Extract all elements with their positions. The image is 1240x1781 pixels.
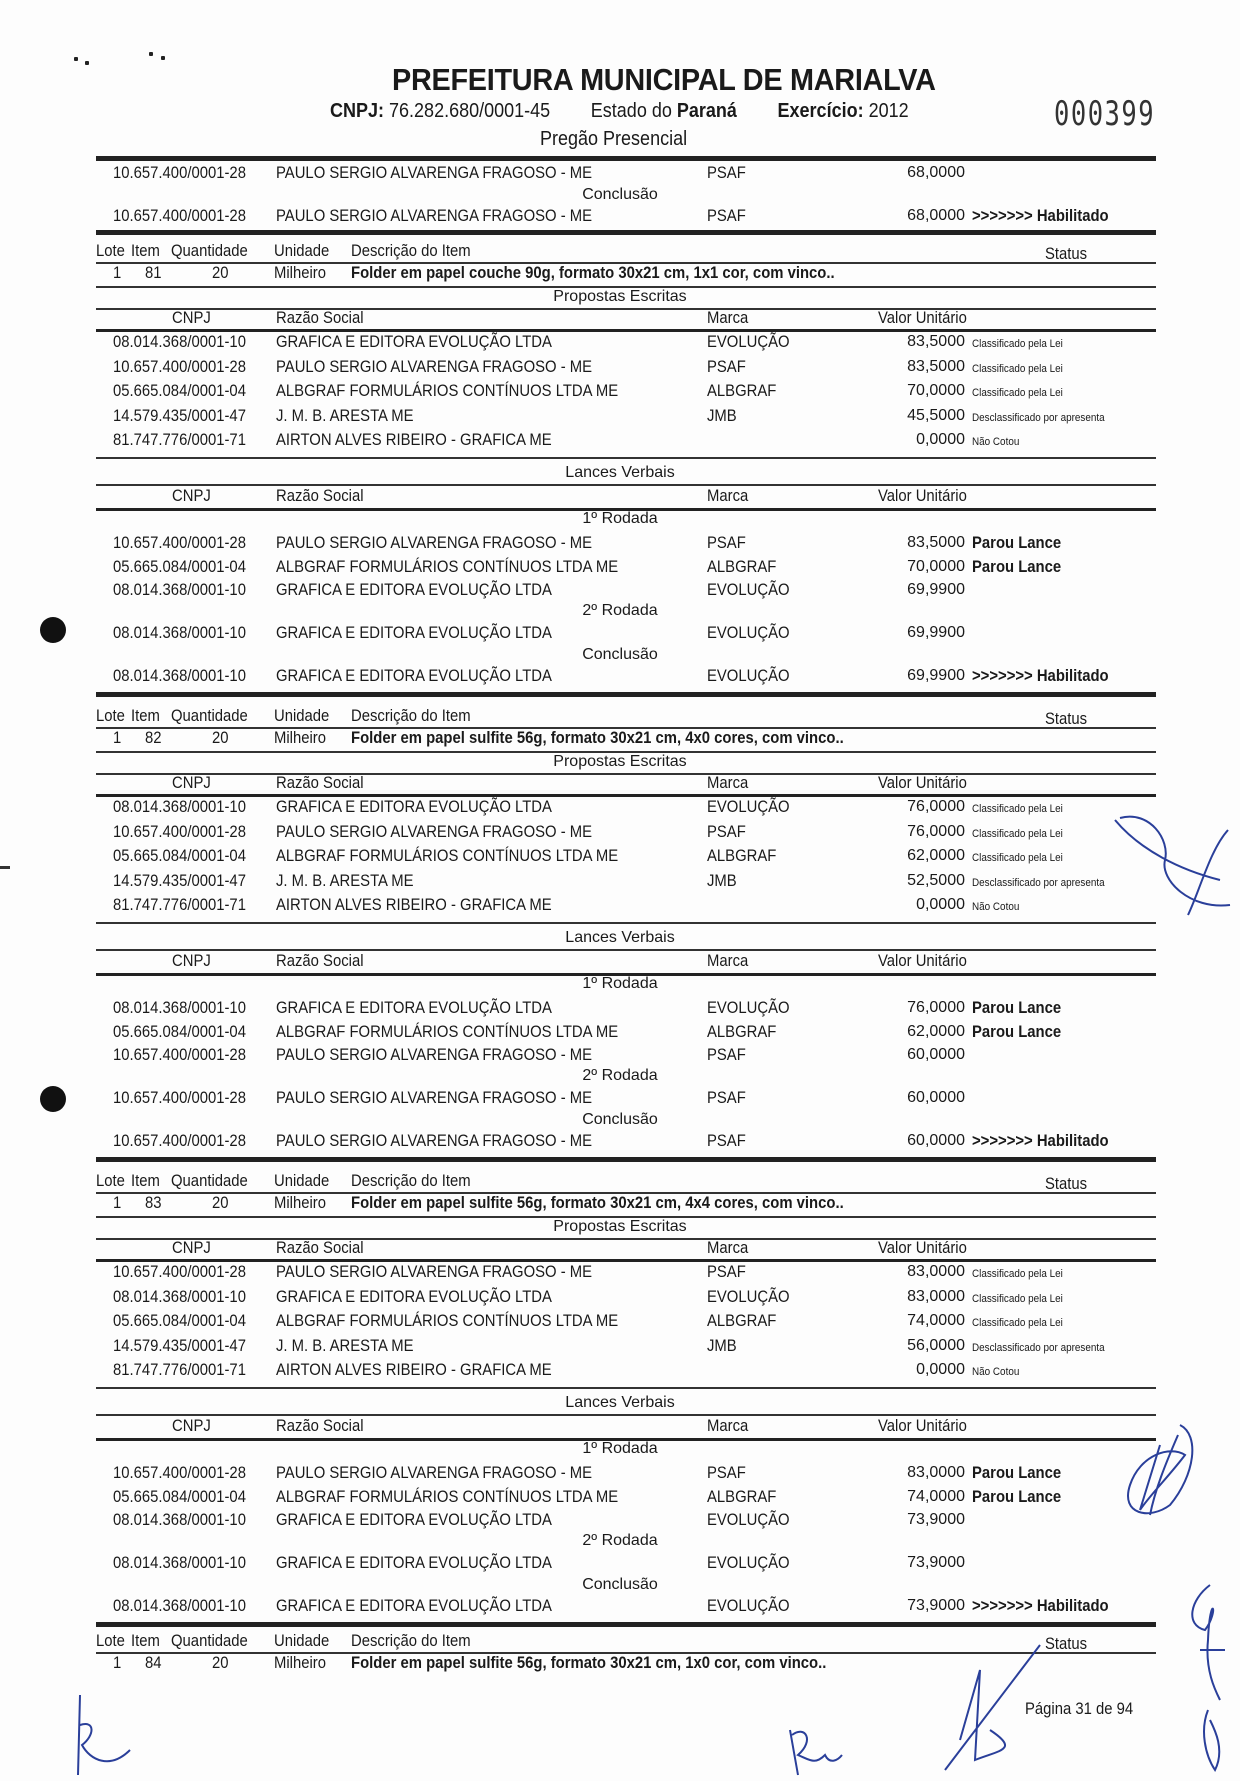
table-divider [96,1414,1156,1416]
signature-ink-icon [780,1720,850,1781]
item-number: 81 [145,264,162,283]
scan-speck [85,61,89,65]
status-cell: Não Cotou [972,436,1107,448]
rodada-1-label: 1º Rodada [0,1440,1240,1458]
item-header-item: Item [131,707,160,726]
cnpj-cell: 81.747.776/0001-71 [113,896,246,915]
valor-unitario-cell: 69,9900 [845,581,965,599]
marca-cell: EVOLUÇÃO [707,1554,790,1573]
razao-social-cell: PAULO SERGIO ALVARENGA FRAGOSO - ME [276,1263,592,1282]
modalidade-label: Pregão Presencial [540,128,687,151]
item-unidade: Milheiro [274,729,326,748]
table-divider [96,1259,1156,1262]
cnpj-cell: 08.014.368/0001-10 [113,624,246,643]
rodada-2-label: 2º Rodada [0,602,1240,620]
item-descricao: Folder em papel sulfite 56g, formato 30x… [351,1194,844,1213]
marca-cell: ALBGRAF [707,1488,776,1507]
razao-social-cell: PAULO SERGIO ALVARENGA FRAGOSO - ME [276,1046,592,1065]
razao-social-cell: GRAFICA E EDITORA EVOLUÇÃO LTDA [276,1597,552,1616]
marca-cell: PSAF [707,358,746,377]
signature-ink-icon [1180,1580,1240,1780]
marca-cell: ALBGRAF [707,847,776,866]
lances-header-valor: Valor Unitário [878,952,967,971]
propostas-escritas-title: Propostas Escritas [0,1218,1240,1236]
item-header-descricao: Descrição do Item [351,1172,471,1191]
valor-unitario-cell: 52,5000 [845,872,965,890]
conclusao-label: Conclusão [0,646,1240,664]
cnpj-cell: 05.665.084/0001-04 [113,382,246,401]
razao-social-cell: J. M. B. ARESTA ME [276,872,414,891]
lances-header-valor: Valor Unitário [878,1417,967,1436]
item-header-quantidade: Quantidade [171,1632,248,1651]
item-header-item: Item [131,242,160,261]
item-quantidade: 20 [212,1194,229,1213]
scan-mark [0,866,10,869]
valor-unitario-cell: 0,0000 [845,896,965,914]
status-cell: >>>>>>> Habilitado [972,1597,1109,1616]
status-cell: >>>>>>> Habilitado [972,667,1109,686]
status-cell: Classificado pela Lei [972,1317,1107,1329]
item-header-descricao: Descrição do Item [351,242,471,261]
cnpj-cell: 10.657.400/0001-28 [113,207,246,226]
status-cell: Parou Lance [972,999,1061,1018]
item-header-quantidade: Quantidade [171,1172,248,1191]
valor-unitario-cell: 83,0000 [845,1263,965,1281]
valor-unitario-cell: 83,0000 [845,1464,965,1482]
razao-social-cell: J. M. B. ARESTA ME [276,407,414,426]
valor-unitario-cell: 56,0000 [845,1337,965,1355]
cnpj-cell: 14.579.435/0001-47 [113,407,246,426]
table-divider [96,329,1156,332]
valor-unitario-cell: 83,0000 [845,1288,965,1306]
razao-social-cell: PAULO SERGIO ALVARENGA FRAGOSO - ME [276,1464,592,1483]
cnpj-cell: 05.665.084/0001-04 [113,1488,246,1507]
status-cell: Parou Lance [972,534,1061,553]
item-header-item: Item [131,1172,160,1191]
razao-social-cell: ALBGRAF FORMULÁRIOS CONTÍNUOS LTDA ME [276,1023,618,1042]
table-divider [96,1387,1156,1389]
header-info-line: CNPJ: 76.282.680/0001-45 Estado do Paran… [330,100,909,123]
status-cell: Classificado pela Lei [972,387,1107,399]
cnpj-cell: 10.657.400/0001-28 [113,1263,246,1282]
razao-social-cell: PAULO SERGIO ALVARENGA FRAGOSO - ME [276,1089,592,1108]
exercicio-label: Exercício: [778,100,864,122]
cnpj-cell: 10.657.400/0001-28 [113,1132,246,1151]
item-header-unidade: Unidade [274,242,329,261]
item-number: 84 [145,1654,162,1673]
marca-cell: EVOLUÇÃO [707,333,790,352]
propostas-header-cnpj: CNPJ [172,1239,211,1258]
status-cell: Desclassificado por apresenta [972,1342,1107,1354]
valor-unitario-cell: 74,0000 [845,1488,965,1506]
binder-hole [40,1086,66,1112]
marca-cell: PSAF [707,1046,746,1065]
cnpj-cell: 08.014.368/0001-10 [113,1511,246,1530]
valor-unitario-cell: 68,0000 [845,164,965,182]
razao-social-cell: AIRTON ALVES RIBEIRO - GRAFICA ME [276,896,552,915]
razao-social-cell: J. M. B. ARESTA ME [276,1337,414,1356]
signature-ink-icon [920,1640,1050,1780]
table-divider [96,1157,1156,1162]
item-header-unidade: Unidade [274,1172,329,1191]
razao-social-cell: PAULO SERGIO ALVARENGA FRAGOSO - ME [276,534,592,553]
valor-unitario-cell: 76,0000 [845,798,965,816]
item-header-lote: Lote [96,1632,125,1651]
cnpj-cell: 08.014.368/0001-10 [113,333,246,352]
valor-unitario-cell: 73,9000 [845,1511,965,1529]
cnpj-cell: 05.665.084/0001-04 [113,1312,246,1331]
razao-social-cell: GRAFICA E EDITORA EVOLUÇÃO LTDA [276,999,552,1018]
item-header-descricao: Descrição do Item [351,1632,471,1651]
scan-speck [149,52,153,56]
item-header-quantidade: Quantidade [171,242,248,261]
document-page: PREFEITURA MUNICIPAL DE MARIALVA CNPJ: 7… [0,0,1240,1781]
marca-cell: EVOLUÇÃO [707,667,790,686]
document-title: PREFEITURA MUNICIPAL DE MARIALVA [392,62,936,98]
estado-value: Paraná [677,100,737,122]
valor-unitario-cell: 73,9000 [845,1554,965,1572]
item-number: 82 [145,729,162,748]
table-divider [96,308,1156,310]
table-divider [96,1622,1156,1627]
status-cell: Parou Lance [972,1023,1061,1042]
cnpj-cell: 14.579.435/0001-47 [113,1337,246,1356]
marca-cell: PSAF [707,1464,746,1483]
cnpj-cell: 10.657.400/0001-28 [113,1089,246,1108]
item-descricao: Folder em papel couche 90g, formato 30x2… [351,264,835,283]
propostas-header-marca: Marca [707,309,748,328]
item-quantidade: 20 [212,264,229,283]
cnpj-cell: 08.014.368/0001-10 [113,999,246,1018]
scan-speck [74,57,78,61]
scan-speck [161,56,165,60]
signature-ink-icon [1110,810,1240,920]
valor-unitario-cell: 0,0000 [845,1361,965,1379]
cnpj-cell: 08.014.368/0001-10 [113,1597,246,1616]
cnpj-cell: 10.657.400/0001-28 [113,823,246,842]
item-unidade: Milheiro [274,1194,326,1213]
table-divider [96,794,1156,797]
cnpj-cell: 08.014.368/0001-10 [113,1554,246,1573]
item-header-item: Item [131,1632,160,1651]
valor-unitario-cell: 69,9900 [845,667,965,685]
cnpj-cell: 81.747.776/0001-71 [113,1361,246,1380]
header-divider [96,156,1156,161]
marca-cell: PSAF [707,534,746,553]
table-divider [96,949,1156,951]
lances-header-cnpj: CNPJ [172,952,211,971]
razao-social-cell: PAULO SERGIO ALVARENGA FRAGOSO - ME [276,1132,592,1151]
rodada-2-label: 2º Rodada [0,1067,1240,1085]
marca-cell: EVOLUÇÃO [707,1597,790,1616]
rodada-2-label: 2º Rodada [0,1532,1240,1550]
razao-social-cell: ALBGRAF FORMULÁRIOS CONTÍNUOS LTDA ME [276,558,618,577]
status-cell: >>>>>>> Habilitado [972,1132,1109,1151]
status-cell: Não Cotou [972,901,1107,913]
valor-unitario-cell: 73,9000 [845,1597,965,1615]
marca-cell: PSAF [707,823,746,842]
item-quantidade: 20 [212,1654,229,1673]
valor-unitario-cell: 62,0000 [845,847,965,865]
razao-social-cell: PAULO SERGIO ALVARENGA FRAGOSO - ME [276,823,592,842]
exercicio-value: 2012 [869,100,909,122]
valor-unitario-cell: 76,0000 [845,999,965,1017]
status-cell: Desclassificado por apresenta [972,412,1107,424]
rodada-1-label: 1º Rodada [0,975,1240,993]
lances-verbais-title: Lances Verbais [0,1394,1240,1412]
marca-cell: PSAF [707,164,746,183]
lances-header-cnpj: CNPJ [172,487,211,506]
razao-social-cell: GRAFICA E EDITORA EVOLUÇÃO LTDA [276,1511,552,1530]
lances-header-razao: Razão Social [276,1417,364,1436]
table-divider [96,773,1156,775]
valor-unitario-cell: 70,0000 [845,382,965,400]
item-lote: 1 [113,1194,121,1213]
marca-cell: JMB [707,1337,737,1356]
cnpj-cell: 10.657.400/0001-28 [113,534,246,553]
lances-header-marca: Marca [707,487,748,506]
lances-header-valor: Valor Unitário [878,487,967,506]
valor-unitario-cell: 68,0000 [845,207,965,225]
cnpj-cell: 08.014.368/0001-10 [113,1288,246,1307]
propostas-header-marca: Marca [707,1239,748,1258]
signature-ink-icon [1110,1415,1205,1525]
propostas-header-razao: Razão Social [276,774,364,793]
valor-unitario-cell: 74,0000 [845,1312,965,1330]
status-cell: Classificado pela Lei [972,338,1107,350]
status-cell: Classificado pela Lei [972,852,1107,864]
valor-unitario-cell: 83,5000 [845,333,965,351]
razao-social-cell: GRAFICA E EDITORA EVOLUÇÃO LTDA [276,667,552,686]
lances-header-marca: Marca [707,952,748,971]
razao-social-cell: ALBGRAF FORMULÁRIOS CONTÍNUOS LTDA ME [276,1312,618,1331]
cnpj-cell: 05.665.084/0001-04 [113,1023,246,1042]
valor-unitario-cell: 60,0000 [845,1132,965,1150]
propostas-header-valor: Valor Unitário [878,774,967,793]
valor-unitario-cell: 60,0000 [845,1089,965,1107]
propostas-header-razao: Razão Social [276,1239,364,1258]
signature-ink-icon [60,1690,150,1781]
razao-social-cell: GRAFICA E EDITORA EVOLUÇÃO LTDA [276,624,552,643]
propostas-escritas-title: Propostas Escritas [0,288,1240,306]
propostas-escritas-title: Propostas Escritas [0,753,1240,771]
cnpj-cell: 10.657.400/0001-28 [113,164,246,183]
marca-cell: EVOLUÇÃO [707,1511,790,1530]
marca-cell: EVOLUÇÃO [707,624,790,643]
marca-cell: ALBGRAF [707,1023,776,1042]
marca-cell: EVOLUÇÃO [707,1288,790,1307]
item-quantidade: 20 [212,729,229,748]
propostas-header-marca: Marca [707,774,748,793]
razao-social-cell: GRAFICA E EDITORA EVOLUÇÃO LTDA [276,798,552,817]
lances-header-razao: Razão Social [276,952,364,971]
status-cell: Parou Lance [972,558,1061,577]
cnpj-cell: 08.014.368/0001-10 [113,581,246,600]
razao-social-cell: GRAFICA E EDITORA EVOLUÇÃO LTDA [276,1288,552,1307]
lances-header-razao: Razão Social [276,487,364,506]
table-divider [96,457,1156,459]
marca-cell: EVOLUÇÃO [707,798,790,817]
razao-social-cell: PAULO SERGIO ALVARENGA FRAGOSO - ME [276,358,592,377]
table-divider [96,484,1156,486]
conclusao-label: Conclusão [0,1111,1240,1129]
item-lote: 1 [113,264,121,283]
marca-cell: ALBGRAF [707,558,776,577]
lances-verbais-title: Lances Verbais [0,929,1240,947]
valor-unitario-cell: 83,5000 [845,534,965,552]
cnpj-cell: 14.579.435/0001-47 [113,872,246,891]
marca-cell: PSAF [707,207,746,226]
razao-social-cell: GRAFICA E EDITORA EVOLUÇÃO LTDA [276,1554,552,1573]
item-lote: 1 [113,1654,121,1673]
lances-verbais-title: Lances Verbais [0,464,1240,482]
marca-cell: JMB [707,407,737,426]
status-cell: Desclassificado por apresenta [972,877,1107,889]
status-cell: Classificado pela Lei [972,828,1107,840]
binder-hole [40,617,66,643]
cnpj-cell: 10.657.400/0001-28 [113,358,246,377]
item-header-lote: Lote [96,242,125,261]
item-header-descricao: Descrição do Item [351,707,471,726]
item-descricao: Folder em papel sulfite 56g, formato 30x… [351,1654,826,1673]
marca-cell: PSAF [707,1089,746,1108]
razao-social-cell: ALBGRAF FORMULÁRIOS CONTÍNUOS LTDA ME [276,382,618,401]
marca-cell: EVOLUÇÃO [707,581,790,600]
item-header-quantidade: Quantidade [171,707,248,726]
razao-social-cell: PAULO SERGIO ALVARENGA FRAGOSO - ME [276,164,592,183]
propostas-header-razao: Razão Social [276,309,364,328]
marca-cell: ALBGRAF [707,382,776,401]
item-header-lote: Lote [96,707,125,726]
item-header-lote: Lote [96,1172,125,1191]
cnpj-cell: 10.657.400/0001-28 [113,1464,246,1483]
table-divider [96,1238,1156,1240]
conclusao-label: Conclusão [0,186,1240,204]
table-divider [96,692,1156,697]
status-cell: Parou Lance [972,1464,1061,1483]
valor-unitario-cell: 76,0000 [845,823,965,841]
cnpj-value: 76.282.680/0001-45 [389,100,550,122]
status-cell: Classificado pela Lei [972,1268,1107,1280]
status-cell: Classificado pela Lei [972,1293,1107,1305]
status-cell: Classificado pela Lei [972,363,1107,375]
cnpj-cell: 08.014.368/0001-10 [113,798,246,817]
cnpj-cell: 10.657.400/0001-28 [113,1046,246,1065]
marca-cell: JMB [707,872,737,891]
cnpj-label: CNPJ: [330,100,384,122]
valor-unitario-cell: 45,5000 [845,407,965,425]
razao-social-cell: PAULO SERGIO ALVARENGA FRAGOSO - ME [276,207,592,226]
item-lote: 1 [113,729,121,748]
marca-cell: EVOLUÇÃO [707,999,790,1018]
page-stamp-number: 000399 [1054,94,1155,134]
propostas-header-cnpj: CNPJ [172,774,211,793]
valor-unitario-cell: 62,0000 [845,1023,965,1041]
item-unidade: Milheiro [274,264,326,283]
lances-header-marca: Marca [707,1417,748,1436]
estado-prefix: Estado do [591,100,672,122]
item-descricao: Folder em papel sulfite 56g, formato 30x… [351,729,844,748]
cnpj-cell: 05.665.084/0001-04 [113,558,246,577]
propostas-header-valor: Valor Unitário [878,309,967,328]
razao-social-cell: ALBGRAF FORMULÁRIOS CONTÍNUOS LTDA ME [276,1488,618,1507]
propostas-header-cnpj: CNPJ [172,309,211,328]
razao-social-cell: GRAFICA E EDITORA EVOLUÇÃO LTDA [276,333,552,352]
status-cell: Não Cotou [972,1366,1107,1378]
marca-cell: PSAF [707,1132,746,1151]
cnpj-cell: 81.747.776/0001-71 [113,431,246,450]
marca-cell: ALBGRAF [707,1312,776,1331]
cnpj-cell: 08.014.368/0001-10 [113,667,246,686]
item-unidade: Milheiro [274,1654,326,1673]
table-divider [96,230,1156,235]
marca-cell: PSAF [707,1263,746,1282]
razao-social-cell: AIRTON ALVES RIBEIRO - GRAFICA ME [276,431,552,450]
lances-header-cnpj: CNPJ [172,1417,211,1436]
table-divider [96,922,1156,924]
razao-social-cell: AIRTON ALVES RIBEIRO - GRAFICA ME [276,1361,552,1380]
conclusao-label: Conclusão [0,1576,1240,1594]
status-cell: >>>>>>> Habilitado [972,207,1109,226]
item-header-unidade: Unidade [274,1632,329,1651]
valor-unitario-cell: 70,0000 [845,558,965,576]
status-cell: Classificado pela Lei [972,803,1107,815]
razao-social-cell: ALBGRAF FORMULÁRIOS CONTÍNUOS LTDA ME [276,847,618,866]
valor-unitario-cell: 60,0000 [845,1046,965,1064]
item-header-unidade: Unidade [274,707,329,726]
valor-unitario-cell: 0,0000 [845,431,965,449]
status-cell: Parou Lance [972,1488,1061,1507]
cnpj-cell: 05.665.084/0001-04 [113,847,246,866]
razao-social-cell: GRAFICA E EDITORA EVOLUÇÃO LTDA [276,581,552,600]
rodada-1-label: 1º Rodada [0,510,1240,528]
item-number: 83 [145,1194,162,1213]
propostas-header-valor: Valor Unitário [878,1239,967,1258]
valor-unitario-cell: 83,5000 [845,358,965,376]
valor-unitario-cell: 69,9900 [845,624,965,642]
